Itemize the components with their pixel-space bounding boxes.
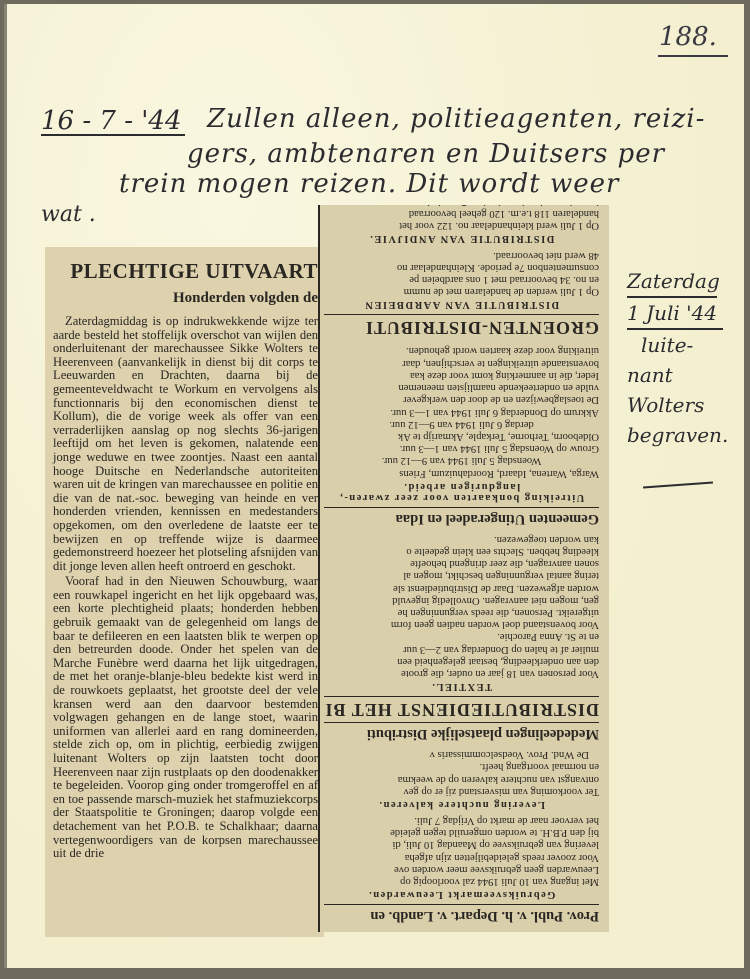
entry-date-underline bbox=[41, 134, 185, 136]
notice-line: Voor zoover reeds geleidebiljetten zijn … bbox=[324, 850, 599, 862]
notice-line: Op 1 Juli werd kleinhandelaar no. 122 vo… bbox=[324, 219, 599, 231]
notice-heading: Gemeenten Utingeradeel en Idaa bbox=[324, 507, 599, 529]
clipping-body: Zaterdagmiddag is op indrukwekkende wijz… bbox=[53, 315, 318, 861]
notice-line: en te St. Anna Parochie. bbox=[324, 630, 599, 642]
notice-line: kwart kg per ingeleverden bon 7e periode… bbox=[324, 205, 599, 207]
notice-line: De Wnd. Prov. Voedselcommissaris v bbox=[324, 748, 599, 760]
notice-line: bovenstaande uitreikingen te verschijnen… bbox=[324, 357, 599, 369]
clipping-paragraph: Zaterdagmiddag is op indrukwekkende wijz… bbox=[53, 315, 318, 573]
notice-subheading: TEXTIEL. bbox=[324, 681, 599, 692]
upside-down-content: Prov. Publ. v. h. Depart. v. Landb. en G… bbox=[320, 205, 609, 932]
notice-line: Ieder, die in aanmerking komt voor deze … bbox=[324, 369, 599, 381]
notice-heading: DISTRIBUTIEDIENST HET BILI bbox=[324, 696, 599, 722]
clipping-paragraph: Vooraf had in den Nieuwen Schouwburg, wa… bbox=[53, 575, 318, 860]
notice-line: kan worden toegewezen. bbox=[324, 533, 599, 545]
notice-subheading: Levering nuchtere kalveren. bbox=[324, 799, 599, 810]
notice-line: Warga, Wartena, Idaard, Roordahuizum, Fr… bbox=[324, 466, 599, 478]
margin-note-line: luite- bbox=[627, 330, 750, 360]
margin-note: Zaterdag 1 Juli '44 luite- nant Wolters … bbox=[627, 266, 750, 450]
notice-line: ontvangst van nuchtere kalveren op de we… bbox=[324, 772, 599, 784]
notice-line: en no. 34 bevoorraad met 1 ons aardbeien… bbox=[324, 273, 599, 285]
margin-note-line: Zaterdag bbox=[627, 266, 717, 298]
newspaper-clipping-funeral: PLECHTIGE UITVAART Honderden volgden de … bbox=[45, 247, 324, 937]
notice-line: Met ingang van 10 Juli 1944 zal voorloop… bbox=[324, 875, 599, 887]
notice-subheading: DISTRIBUTIE VAN AARDBEIEN bbox=[324, 299, 599, 310]
notice-subheading: Gebruiksveemarkt Leeuwarden. bbox=[324, 889, 599, 900]
entry-line: trein mogen reizen. Dit wordt weer bbox=[119, 169, 619, 199]
page-number-underline bbox=[658, 55, 728, 57]
notice-line: sonen aanvragen, die zeer dringend behoe… bbox=[324, 557, 599, 569]
notice-line: Woensdag 5 Juli 1944 van 9—12 uur. bbox=[324, 454, 599, 466]
notice-line: uitreiking voor deze kaarten wordt gehou… bbox=[324, 344, 599, 356]
entry-line: wat . bbox=[41, 202, 96, 227]
page-number: 188. bbox=[659, 22, 717, 52]
notice-section: GROENTEN-DISTRIBUTI DISTRIBUTIE VAN AARD… bbox=[324, 205, 599, 340]
notice-line: kleeding hebben. Slechts een klein gedee… bbox=[324, 545, 599, 557]
notice-line: De toeslagbewijzen en de door den werkge… bbox=[324, 393, 599, 405]
newspaper-clipping-notices-upside-down: Prov. Publ. v. h. Depart. v. Landb. en G… bbox=[318, 205, 609, 932]
notice-heading: Prov. Publ. v. h. Depart. v. Landb. en bbox=[324, 904, 599, 926]
notice-line: het vervoer naar de markt op Vrijdag 7 J… bbox=[324, 814, 599, 826]
notice-line: Leeuwarden geen gebruiksvee meer worden … bbox=[324, 863, 599, 875]
notice-line: 48 werd niet bevoorraad. bbox=[324, 248, 599, 260]
notice-line: Voor bovenstaand doel worden nadien geen… bbox=[324, 618, 599, 630]
notice-line: worden afgewezen. Daar de Distributiedie… bbox=[324, 581, 599, 593]
clipping-headline: PLECHTIGE UITVAART bbox=[53, 259, 318, 284]
notice-line: Op 1 Juli werden de handelaren met de nu… bbox=[324, 285, 599, 297]
notice-line: uitgereikt. Personen, die reeds vergunni… bbox=[324, 606, 599, 618]
notice-line: Akkrum op Donderdag 6 Juli 1944 van 1—3 … bbox=[324, 405, 599, 417]
margin-note-line: 1 Juli '44 bbox=[627, 298, 723, 330]
notice-line: bij den P.B.H. te worden omgeruild tegen… bbox=[324, 826, 599, 838]
notice-section: Prov. Publ. v. h. Depart. v. Landb. en G… bbox=[324, 748, 599, 926]
notice-line: vulde en onderteekende naamlijsten meene… bbox=[324, 381, 599, 393]
notice-subheading: Uitreiking bonkaarten voor zeer zwaren-,… bbox=[324, 481, 599, 503]
notice-heading: GROENTEN-DISTRIBUTI bbox=[324, 314, 599, 340]
margin-note-line: nant bbox=[627, 360, 750, 390]
notice-line: Grouw op Woensdag 5 Juli 1944 van 1—3 uu… bbox=[324, 442, 599, 454]
margin-note-line: Wolters bbox=[627, 390, 750, 420]
notice-line: Ter voorkoming van misverstand zij er op… bbox=[324, 785, 599, 797]
notice-line: consumentenbon 7e periode. Kleinhandelaa… bbox=[324, 261, 599, 273]
notice-subheading: DISTRIBUTIE VAN ANDIJVIE. bbox=[324, 233, 599, 244]
notice-section: Mededeelingen plaatselijke Distributi DI… bbox=[324, 533, 599, 744]
notice-line: Oldeboorn, Terhorne, Terkaple, Akmarijp … bbox=[324, 430, 599, 442]
clipping-subheadline: Honderden volgden de bbox=[53, 290, 318, 307]
margin-note-end-rule bbox=[643, 482, 713, 489]
notice-line: gen, mogen niet aanvragen. Onvolledig in… bbox=[324, 594, 599, 606]
notice-line: mulier af te halen op Donderdag van 2—3 … bbox=[324, 642, 599, 654]
entry-line: Zullen alleen, politieagenten, reizi- bbox=[207, 104, 705, 134]
notice-line: den aan onderkleeding, bestaat gelegenhe… bbox=[324, 655, 599, 667]
notice-line: derdag 6 Juli 1944 van 9—12 uur. bbox=[324, 418, 599, 430]
notice-line: tering aantal vergunningen beschikt, mog… bbox=[324, 569, 599, 581]
notice-line: Voor personen van 18 jaar en ouder, die … bbox=[324, 667, 599, 679]
notice-line: levering van gebruiksvee op Maandag 10 J… bbox=[324, 838, 599, 850]
notice-line: handelaren 118 t.e.m. 120 geheel bevoorr… bbox=[324, 207, 599, 219]
notice-section: Gemeenten Utingeradeel en Idaa Uitreikin… bbox=[324, 344, 599, 528]
notice-line: en normaal voortgang heeft. bbox=[324, 760, 599, 772]
entry-line: gers, ambtenaren en Duitsers per bbox=[187, 139, 665, 169]
notice-heading: Mededeelingen plaatselijke Distributi bbox=[324, 722, 599, 744]
entry-date: 16 - 7 - '44 bbox=[41, 106, 182, 136]
margin-note-line: begraven. bbox=[627, 420, 750, 450]
